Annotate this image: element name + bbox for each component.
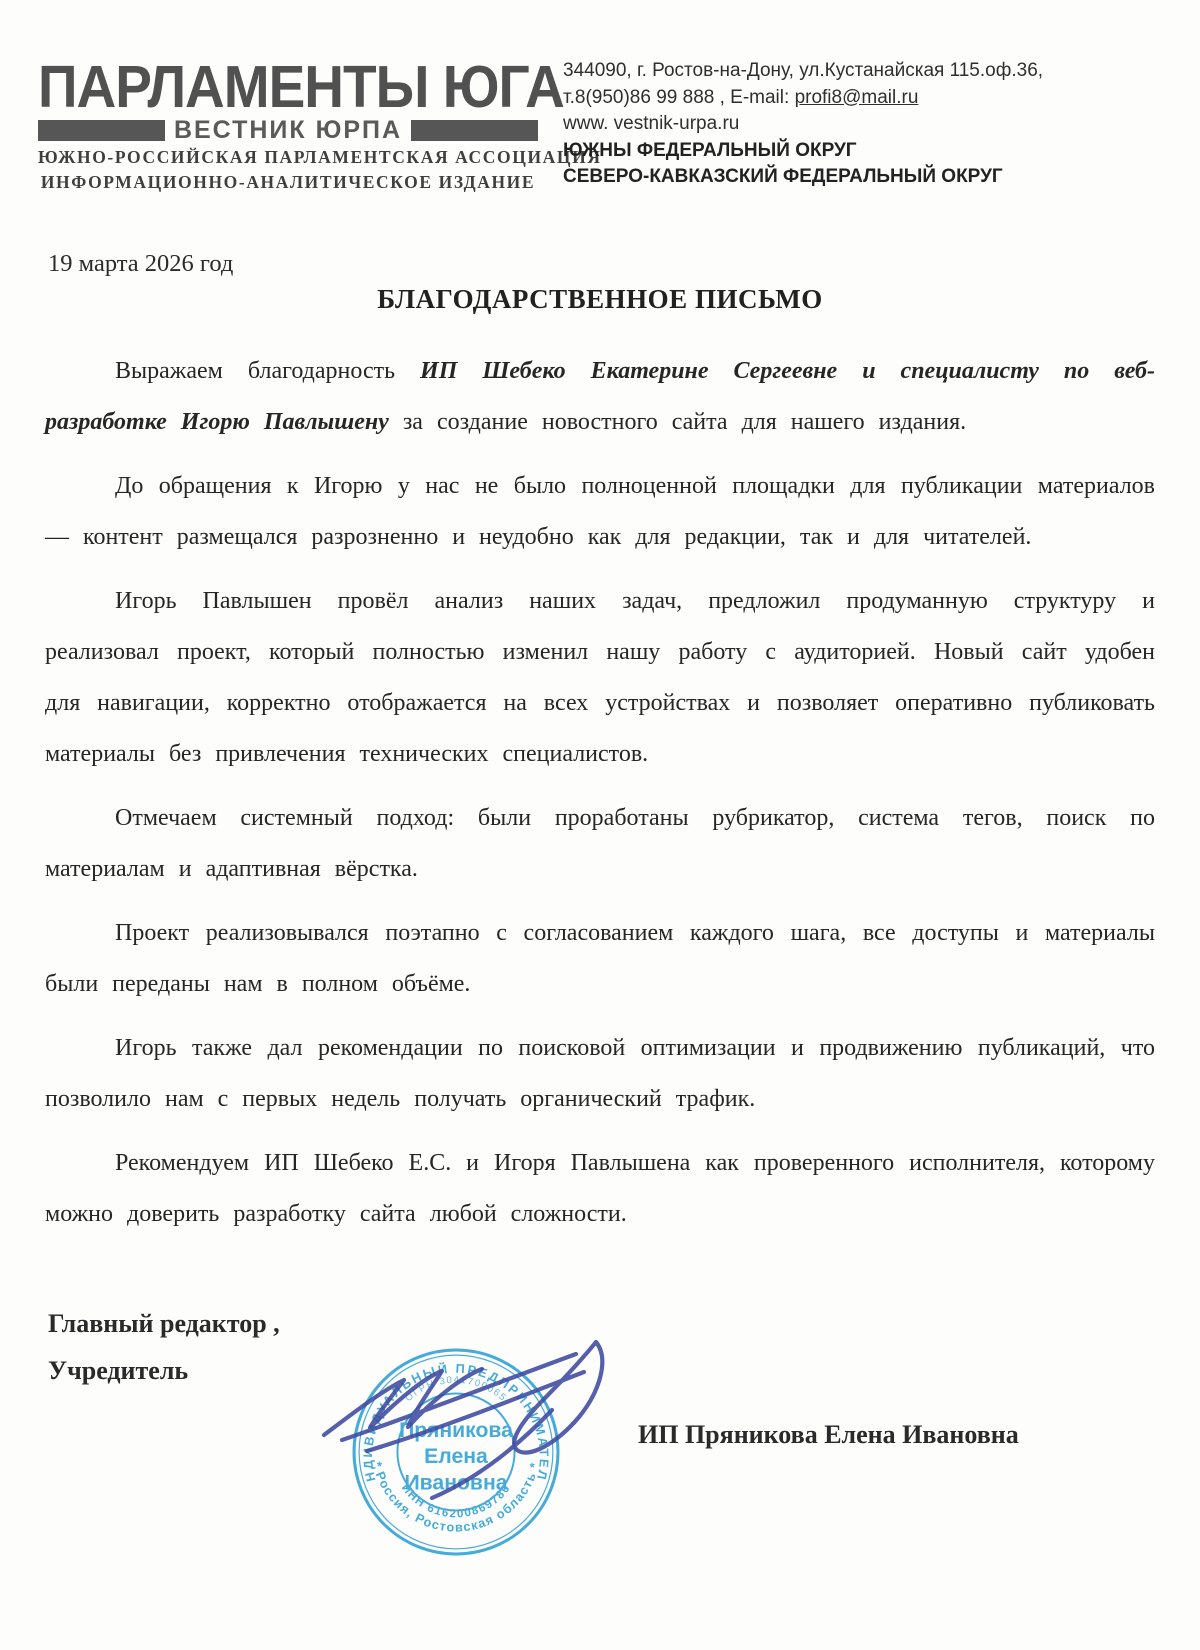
- paragraph-3: Игорь Павлышен провёл анализ наших задач…: [45, 576, 1155, 780]
- role-founder: Учредитель: [48, 1347, 280, 1394]
- signer-name: ИП Пряникова Елена Ивановна: [638, 1420, 1019, 1450]
- logo-band: ВЕСТНИК ЮРПА: [38, 118, 538, 143]
- letter-page: ПАРЛАМЕНТЫ ЮГА ВЕСТНИК ЮРПА ЮЖНО-РОССИЙС…: [0, 0, 1200, 1650]
- letter-title: БЛАГОДАРСТВЕННОЕ ПИСЬМО: [0, 284, 1200, 315]
- logo-title: ПАРЛАМЕНТЫ ЮГА: [38, 52, 538, 121]
- letter-date: 19 марта 2026 год: [48, 250, 233, 278]
- phone-email-line: т.8(950)86 99 888 , E-mail: profi8@mail.…: [563, 85, 1163, 112]
- address-line: 344090, г. Ростов-на-Дону, ул.Кустанайск…: [563, 58, 1163, 85]
- paragraph-2: До обращения к Игорю у нас не было полно…: [45, 461, 1155, 563]
- letter-body: Выражаем благодарность ИП Шебеко Екатери…: [45, 346, 1155, 1253]
- district-line-2: СЕВЕРО-КАВКАЗСКИЙ ФЕДЕРАЛЬНЫЙ ОКРУГ: [563, 164, 1163, 191]
- band-bar-left: [38, 120, 165, 141]
- signature-roles: Главный редактор , Учредитель: [48, 1300, 280, 1394]
- paragraph-5: Проект реализовывался поэтапно с согласо…: [45, 908, 1155, 1010]
- signature-ink: [312, 1338, 612, 1508]
- role-chief-editor: Главный редактор ,: [48, 1300, 280, 1347]
- paragraph-7: Рекомендуем ИП Шебеко Е.С. и Игоря Павлы…: [45, 1138, 1155, 1240]
- paragraph-6: Игорь также дал рекомендации по поисково…: [45, 1023, 1155, 1125]
- website-line: www. vestnik-urpa.ru: [563, 111, 1163, 138]
- phone-email-prefix: т.8(950)86 99 888 , E-mail:: [563, 87, 795, 108]
- paragraph-1: Выражаем благодарность ИП Шебеко Екатери…: [45, 346, 1155, 448]
- paragraph-1-prefix: Выражаем благодарность: [115, 358, 420, 384]
- publication-line: ИНФОРМАЦИОННО-АНАЛИТИЧЕСКОЕ ИЗДАНИЕ: [38, 172, 538, 193]
- association-line: ЮЖНО-РОССИЙСКАЯ ПАРЛАМЕНТСКАЯ АССОЦИАЦИЯ: [38, 147, 538, 168]
- district-line-1: ЮЖНЫ ФЕДЕРАЛЬНЫЙ ОКРУГ: [563, 138, 1163, 165]
- letterhead-logo: ПАРЛАМЕНТЫ ЮГА ВЕСТНИК ЮРПА ЮЖНО-РОССИЙС…: [38, 52, 538, 193]
- contact-block: 344090, г. Ростов-на-Дону, ул.Кустанайск…: [563, 58, 1163, 191]
- signature-stroke-zigzag: [324, 1369, 482, 1435]
- paragraph-1-suffix: за создание новостного сайта для нашего …: [389, 409, 966, 435]
- paragraph-4: Отмечаем системный подход: были проработ…: [45, 793, 1155, 895]
- band-bar-right: [411, 120, 538, 141]
- email-link[interactable]: profi8@mail.ru: [795, 87, 919, 108]
